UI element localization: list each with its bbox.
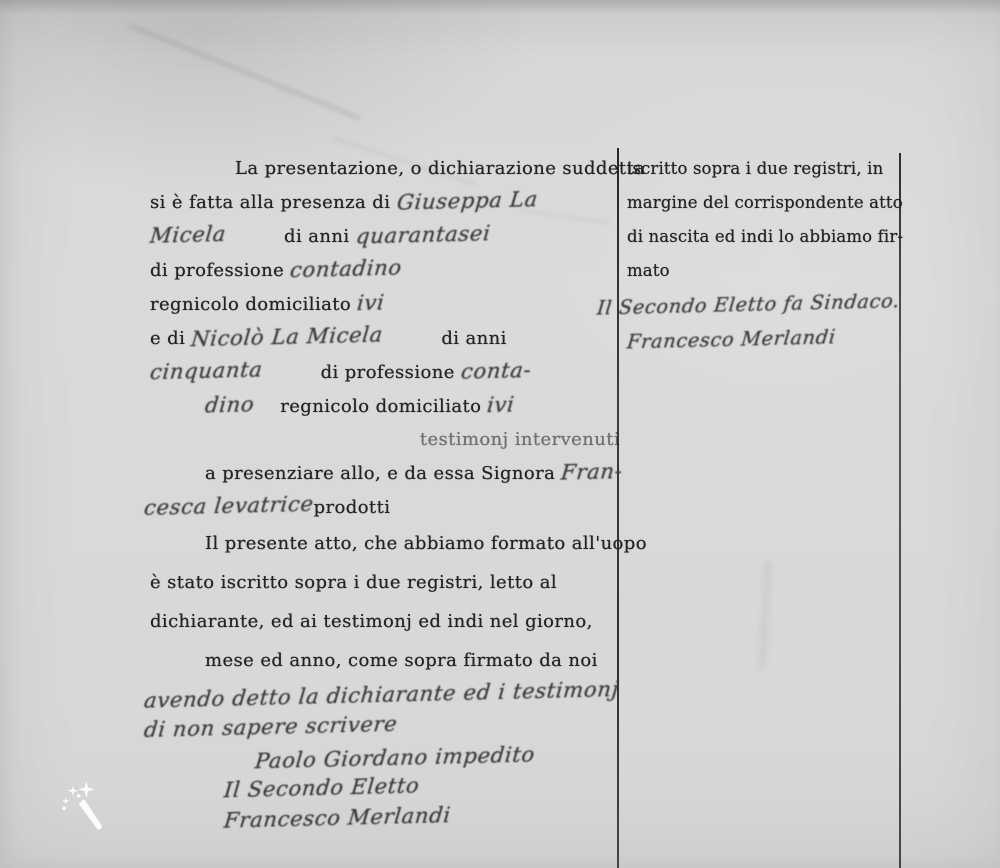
text-line: di professione contadino bbox=[150, 253, 632, 287]
text-line: Francesco Merlandi bbox=[150, 804, 632, 834]
handwritten-text: cinquanta bbox=[148, 354, 264, 390]
printed-text: testimonj intervenuti bbox=[420, 429, 620, 450]
handwritten-text: Il Secondo Eletto fa Sindaco. bbox=[595, 284, 901, 325]
text-line: margine del corrispondente atto bbox=[627, 186, 905, 220]
text-line: Miceladi anni quarantasei bbox=[150, 219, 632, 253]
text-line: è stato iscritto sopra i due registri, l… bbox=[150, 563, 632, 602]
handwritten-text: Micela bbox=[148, 218, 227, 253]
text-line: dinoregnicolo domiciliato ivi bbox=[150, 389, 632, 423]
wand-handle bbox=[79, 799, 102, 830]
text-line: mato bbox=[627, 254, 905, 288]
printed-text: di anni bbox=[441, 328, 506, 349]
text-line: Paolo Giordano impedito bbox=[150, 744, 632, 774]
text-line: si è fatta alla presenza di Giuseppa La bbox=[150, 185, 632, 219]
printed-text: di professione bbox=[150, 260, 290, 281]
printed-text: margine del corrispondente atto bbox=[627, 193, 903, 212]
printed-text: a presenziare allo, e da essa Signora bbox=[205, 463, 561, 484]
right-text-column: iscritto sopra i due registri, inmargine… bbox=[627, 152, 905, 358]
left-text-column: La presentazione, o dichiarazione suddet… bbox=[150, 152, 632, 834]
printed-text: regnicolo domiciliato bbox=[150, 294, 357, 315]
handwritten-text: contadino bbox=[289, 252, 404, 288]
printed-text: di nascita ed indi lo abbiamo fir- bbox=[627, 227, 903, 246]
text-line: Francesco Merlandi bbox=[627, 323, 905, 358]
text-line: regnicolo domiciliato ivi bbox=[150, 287, 632, 321]
printed-text: di anni bbox=[284, 226, 356, 247]
text-line: di nascita ed indi lo abbiamo fir- bbox=[627, 220, 905, 254]
text-line: di non sapere scrivere bbox=[144, 712, 632, 744]
sparkle-star-small bbox=[68, 786, 78, 796]
text-line: avendo detto la dichiarante ed i testimo… bbox=[144, 680, 632, 712]
printed-text: è stato iscritto sopra i due registri, l… bbox=[150, 572, 557, 593]
printed-text: si è fatta alla presenza di bbox=[150, 192, 397, 213]
paper-crease bbox=[128, 23, 361, 120]
text-line: Il Secondo Eletto fa Sindaco. bbox=[597, 288, 905, 323]
handwritten-text: Paolo Giordano impedito bbox=[254, 741, 537, 777]
handwritten-text: Giuseppa La bbox=[395, 183, 539, 220]
printed-text: regnicolo domiciliato bbox=[280, 396, 487, 417]
handwritten-text: di non sapere scrivere bbox=[143, 709, 399, 746]
printed-text: La presentazione, o dichiarazione suddet… bbox=[235, 158, 645, 179]
printed-text: mese ed anno, come sopra firmato da noi bbox=[205, 650, 598, 671]
text-line: Il presente atto, che abbiamo formato al… bbox=[150, 524, 632, 563]
handwritten-text: Nicolò La Micela bbox=[190, 319, 385, 357]
sparkle-star bbox=[78, 781, 95, 798]
handwritten-text: Fran- bbox=[560, 455, 625, 490]
handwritten-text: Il Secondo Eletto bbox=[223, 772, 421, 806]
text-line: cinquantadi professione conta- bbox=[150, 355, 632, 389]
text-line: Il Secondo Eletto bbox=[150, 774, 632, 804]
scanned-document-page: La presentazione, o dichiarazione suddet… bbox=[0, 0, 1000, 868]
handwritten-text: dino bbox=[203, 388, 255, 422]
printed-text: mato bbox=[627, 261, 670, 280]
text-line: e di Nicolò La Miceladi anni bbox=[150, 321, 632, 355]
handwritten-text: ivi bbox=[356, 287, 387, 321]
printed-text: e di bbox=[150, 328, 191, 349]
handwritten-text: Francesco Merlandi bbox=[625, 320, 837, 359]
handwritten-text: conta- bbox=[459, 354, 533, 389]
text-line: La presentazione, o dichiarazione suddet… bbox=[150, 152, 632, 185]
sparkle-dot bbox=[62, 807, 66, 811]
printed-text: di professione bbox=[321, 362, 461, 383]
sparkle-dot bbox=[77, 794, 81, 798]
sparkle-star-tiny bbox=[62, 797, 70, 805]
handwritten-text: cesca levatrice bbox=[142, 488, 315, 525]
printed-text: dichiarante, ed ai testimonj ed indi nel… bbox=[150, 611, 593, 632]
text-line: iscritto sopra i due registri, in bbox=[627, 152, 905, 186]
text-line: cesca levatrice prodotti bbox=[144, 490, 632, 524]
handwritten-text: ivi bbox=[486, 389, 517, 423]
handwritten-text: quarantasei bbox=[354, 217, 492, 253]
printed-text: Il presente atto, che abbiamo formato al… bbox=[205, 533, 647, 554]
text-line: mese ed anno, come sopra firmato da noi bbox=[150, 641, 632, 680]
paper-smudge bbox=[757, 560, 773, 670]
text-line: a presenziare allo, e da essa Signora Fr… bbox=[150, 456, 632, 490]
text-line: testimonj intervenuti bbox=[150, 423, 632, 456]
magic-wand-icon[interactable] bbox=[58, 778, 112, 836]
text-line: dichiarante, ed ai testimonj ed indi nel… bbox=[150, 602, 632, 641]
handwritten-text: Francesco Merlandi bbox=[223, 801, 453, 836]
printed-text: prodotti bbox=[314, 497, 391, 518]
printed-text: iscritto sopra i due registri, in bbox=[627, 159, 883, 178]
